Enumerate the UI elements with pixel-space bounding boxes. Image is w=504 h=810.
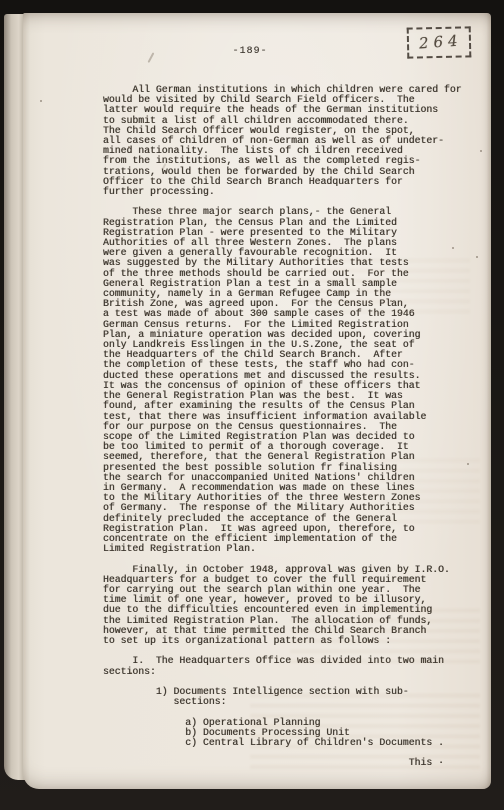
paper-speck — [452, 247, 454, 249]
archive-stamp: 264 — [407, 26, 472, 58]
paper-speck — [476, 256, 478, 258]
page-number: -189- — [227, 46, 273, 57]
paper-speck — [115, 238, 117, 240]
paper-speck — [390, 300, 392, 302]
ink-bleedthrough — [290, 605, 480, 665]
ink-bleedthrough — [295, 255, 470, 318]
stamp-number: 264 — [418, 31, 463, 52]
scan-background: -189- 264 All German institutions in whi… — [0, 0, 504, 810]
paper-speck — [128, 146, 130, 148]
pencil-mark — [148, 52, 154, 62]
document-page: -189- 264 All German institutions in whi… — [23, 13, 491, 789]
underlying-page-edge — [4, 14, 25, 780]
paper-speck — [130, 672, 132, 674]
document-body-text: All German institutions in which childre… — [103, 85, 462, 769]
ink-bleedthrough — [380, 455, 480, 530]
paper-speck — [480, 150, 482, 152]
paper-speck — [467, 463, 469, 465]
paper-speck — [40, 100, 42, 102]
ink-bleedthrough — [250, 690, 480, 775]
